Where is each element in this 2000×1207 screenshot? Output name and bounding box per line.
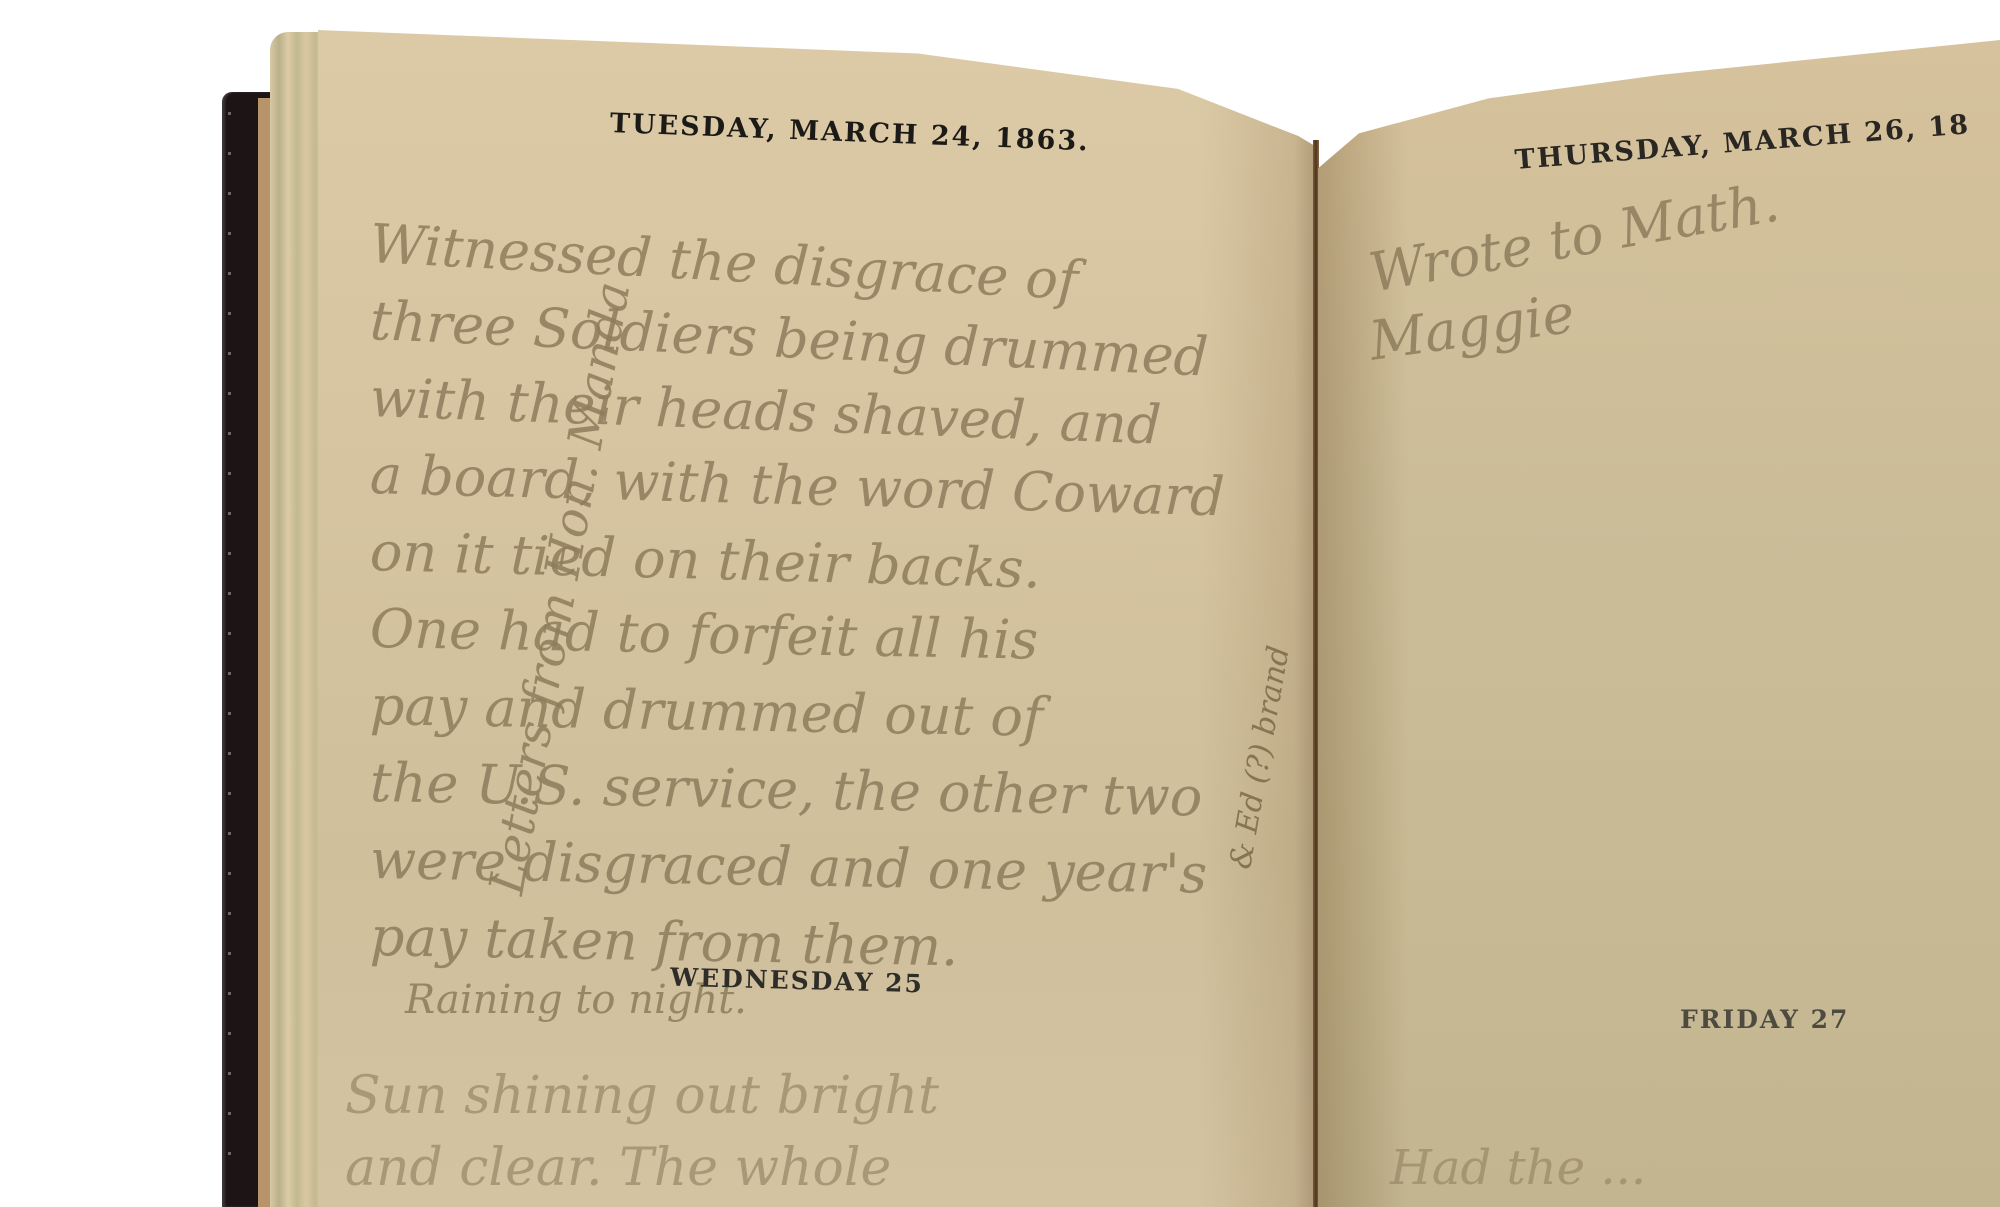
entry-line: Sun shining out bright [345, 1060, 1305, 1132]
right-diary-entry-2: Had the ... [1390, 1140, 1646, 1196]
left-diary-entry: Witnessed the disgrace of three Soldiers… [370, 205, 1310, 1025]
right-page-subheader: FRIDAY 27 [1680, 1005, 1849, 1034]
left-diary-entry-2: Sun shining out bright and clear. The wh… [345, 1060, 1305, 1204]
entry-line: and clear. The whole [345, 1132, 1305, 1204]
right-diary-entry: Wrote to Math. Maggie [1370, 240, 2000, 376]
